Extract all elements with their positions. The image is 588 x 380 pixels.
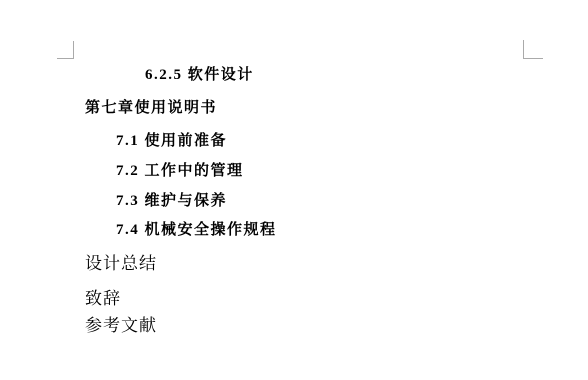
- section-heading-7-4[interactable]: 7.4 机械安全操作规程: [116, 222, 277, 239]
- heading-design-summary[interactable]: 设计总结: [85, 255, 157, 274]
- subsection-heading-6-2-5[interactable]: 6.2.5 软件设计: [145, 67, 254, 84]
- text-boundary-corner-mark-top-left: [57, 41, 74, 59]
- section-heading-7-3[interactable]: 7.3 维护与保养: [116, 193, 227, 210]
- text-boundary-corner-mark-top-right: [523, 40, 543, 59]
- section-heading-7-1[interactable]: 7.1 使用前准备: [116, 133, 227, 150]
- document-page[interactable]: 6.2.5 软件设计 第七章使用说明书 7.1 使用前准备 7.2 工作中的管理…: [0, 0, 588, 380]
- heading-acknowledgements[interactable]: 致辞: [85, 290, 121, 309]
- chapter-heading-7[interactable]: 第七章使用说明书: [85, 100, 217, 117]
- heading-references[interactable]: 参考文献: [85, 317, 157, 336]
- section-heading-7-2[interactable]: 7.2 工作中的管理: [116, 163, 244, 180]
